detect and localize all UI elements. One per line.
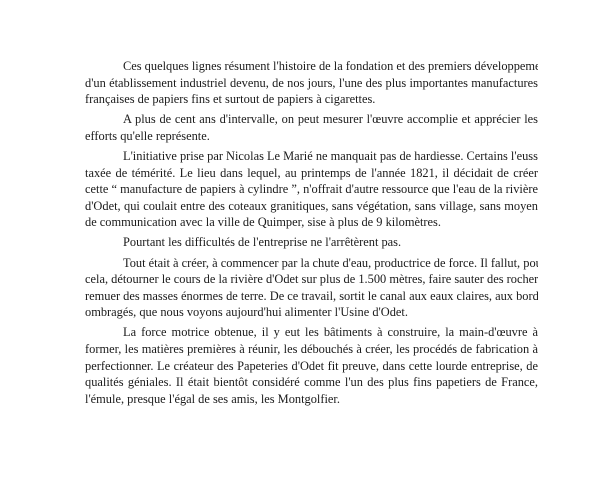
text-line: La force motrice obtenue, il y eut les b… [85,324,538,341]
paragraph-6: La force motrice obtenue, il y eut les b… [85,324,538,407]
paragraph-1: Ces quelques lignes résument l'histoire … [85,58,538,108]
paragraph-3: L'initiative prise par Nicolas Le Marié … [85,148,538,231]
text-line: remuer des masses énormes de terre. De c… [85,288,538,305]
text-line: de communication avec la ville de Quimpe… [85,214,538,231]
text-line: A plus de cent ans d'intervalle, on peut… [85,111,538,128]
text-line: perfectionner. Le créateur des Papeterie… [85,358,538,375]
text-line: ombragés, que nous voyons aujourd'hui al… [85,304,538,321]
text-line: Tout était à créer, à commencer par la c… [85,255,538,272]
document-page: Ces quelques lignes résument l'histoire … [0,0,605,480]
text-line: cette “ manufacture de papiers à cylindr… [85,181,538,198]
text-line: l'émule, presque l'égal de ses amis, les… [85,391,538,408]
paragraph-4: Pourtant les difficultés de l'entreprise… [85,234,538,251]
text-line: taxée de témérité. Le lieu dans lequel, … [85,165,538,182]
text-line: d'Odet, qui coulait entre des coteaux gr… [85,198,538,215]
text-line: Ces quelques lignes résument l'histoire … [85,58,538,75]
text-line: L'initiative prise par Nicolas Le Marié … [85,148,538,165]
text-line: françaises de papiers fins et surtout de… [85,91,538,108]
text-line: Pourtant les difficultés de l'entreprise… [85,234,538,251]
text-line: qualités géniales. Il était bientôt cons… [85,374,538,391]
body-text: Ces quelques lignes résument l'histoire … [85,58,538,411]
text-line: cela, détourner le cours de la rivière d… [85,271,538,288]
paragraph-5: Tout était à créer, à commencer par la c… [85,255,538,321]
text-line: former, les matières premières à réunir,… [85,341,538,358]
text-line: efforts qu'elle représente. [85,128,538,145]
text-line: d'un établissement industriel devenu, de… [85,75,538,92]
paragraph-2: A plus de cent ans d'intervalle, on peut… [85,111,538,144]
